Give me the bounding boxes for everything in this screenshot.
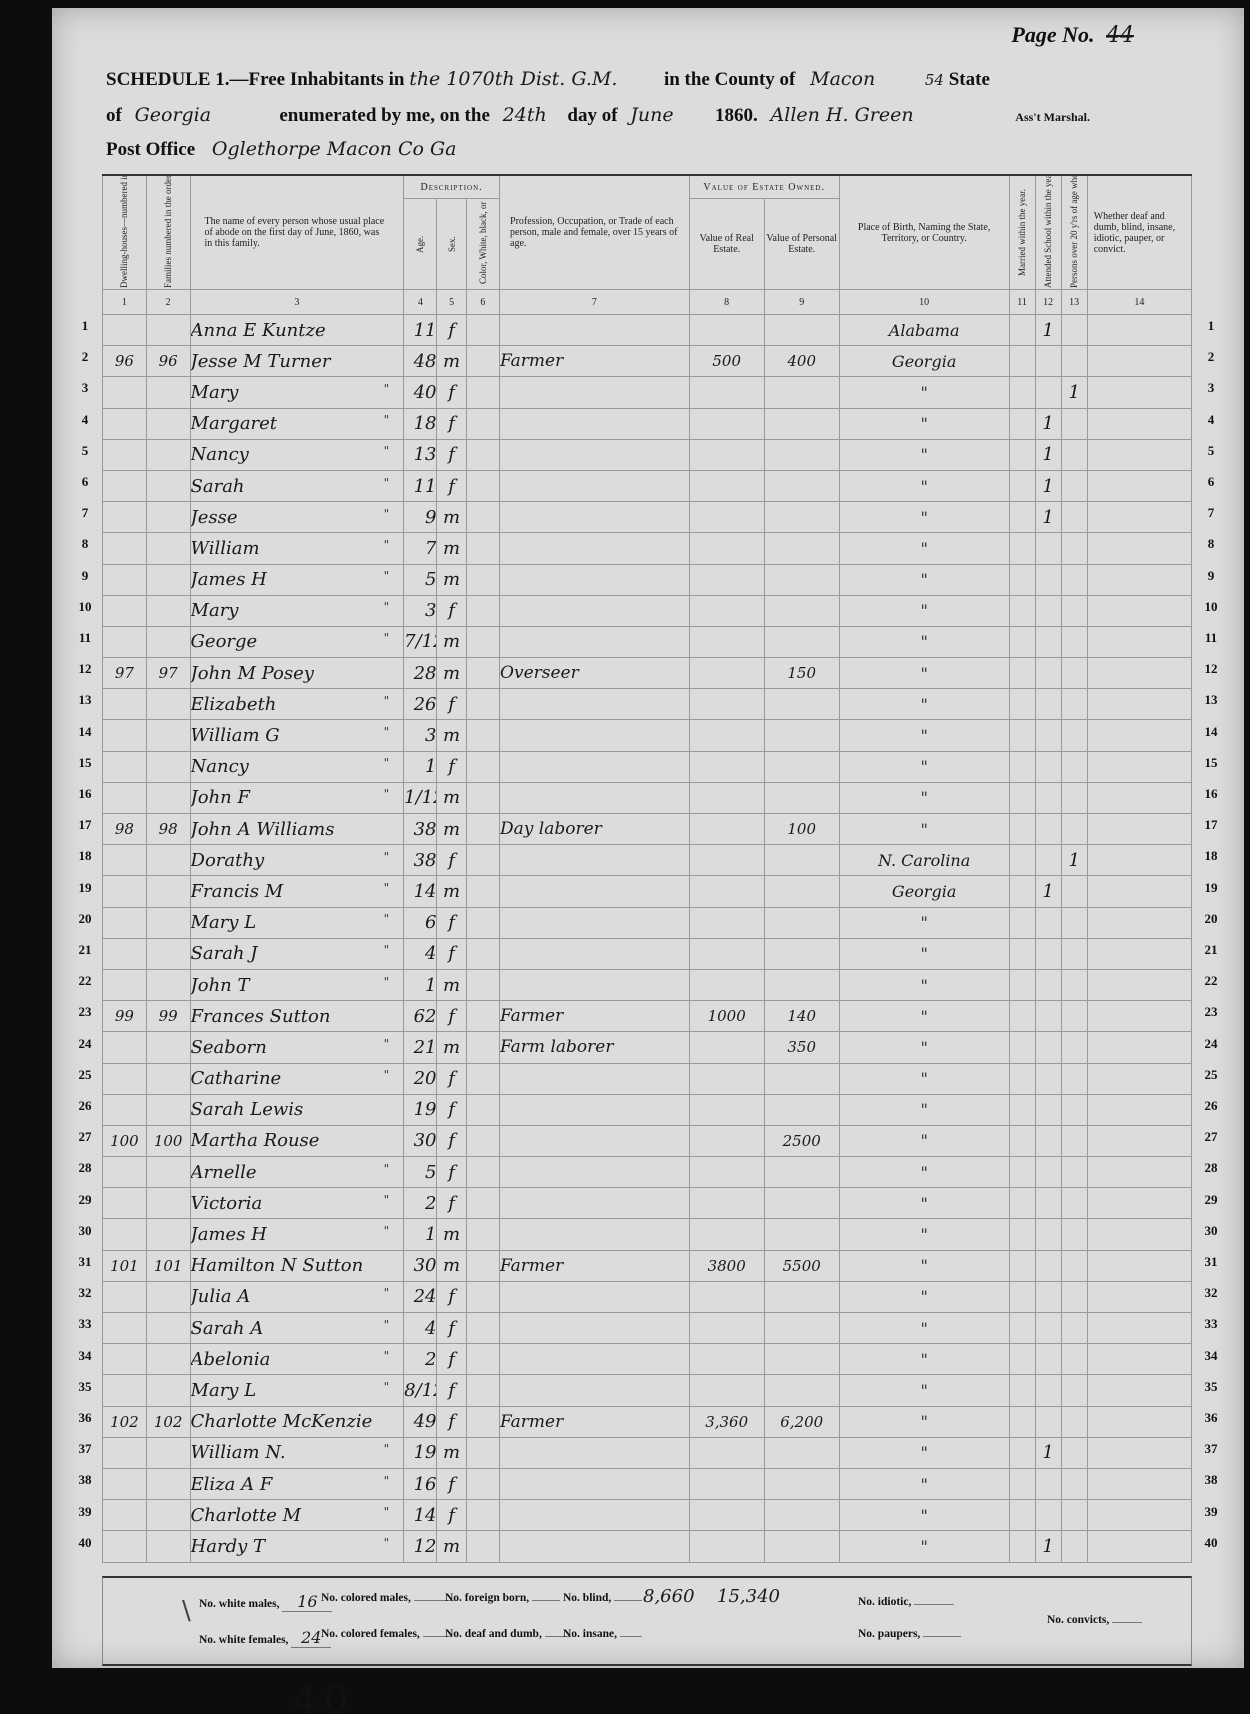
- person-name: John F": [190, 782, 404, 813]
- age-cell: 3: [404, 720, 437, 751]
- family-number: [146, 938, 190, 969]
- table-row: Mary L"6f": [103, 907, 1192, 938]
- personal-estate-cell: [764, 782, 839, 813]
- table-row: William"7m": [103, 533, 1192, 564]
- person-name: Charlotte McKenzie: [190, 1406, 404, 1437]
- birthplace-cell: ": [839, 720, 1009, 751]
- surname-ditto-mark: ": [384, 444, 390, 458]
- personal-estate-total: 15,340: [717, 1586, 780, 1607]
- color-cell: [466, 1500, 499, 1531]
- col-age-header: Age.: [415, 204, 425, 284]
- dwelling-number: [103, 1375, 147, 1406]
- line-number: 38: [72, 1472, 98, 1488]
- illiterate-mark: [1061, 1125, 1087, 1156]
- personal-estate-cell: [764, 1344, 839, 1375]
- table-row: Victoria"2f": [103, 1188, 1192, 1219]
- married-mark: [1009, 315, 1035, 346]
- age-cell: 4: [404, 938, 437, 969]
- condition-cell: [1087, 689, 1191, 720]
- illiterate-mark: [1061, 502, 1087, 533]
- illiterate-mark: [1061, 1001, 1087, 1032]
- married-mark: [1009, 689, 1035, 720]
- birthplace-cell: ": [839, 938, 1009, 969]
- color-cell: [466, 814, 499, 845]
- school-mark: [1035, 1063, 1061, 1094]
- age-cell: 1: [404, 751, 437, 782]
- family-number: [146, 1344, 190, 1375]
- dwelling-number: [103, 1500, 147, 1531]
- condition-cell: [1087, 377, 1191, 408]
- person-name-text: William G: [191, 725, 280, 746]
- family-number: [146, 315, 190, 346]
- dwelling-number: [103, 595, 147, 626]
- line-number: 23: [1198, 1004, 1224, 1020]
- married-mark: [1009, 658, 1035, 689]
- table-row: Charlotte M"14f": [103, 1500, 1192, 1531]
- col-number: 5: [437, 290, 466, 315]
- line-number: 1: [1198, 318, 1224, 334]
- county-mark: 54: [925, 71, 944, 89]
- person-name-text: Mary L: [191, 1380, 257, 1401]
- color-cell: [466, 658, 499, 689]
- birthplace-cell: ": [839, 658, 1009, 689]
- estate-header: Value of Estate Owned.: [689, 175, 839, 199]
- sex-cell: m: [437, 658, 466, 689]
- line-number: 5: [1198, 443, 1224, 459]
- family-number: 102: [146, 1406, 190, 1437]
- school-mark: [1035, 969, 1061, 1000]
- line-number: 16: [1198, 786, 1224, 802]
- person-name-text: Sarah: [191, 476, 245, 497]
- table-row: Margaret"18f"1: [103, 408, 1192, 439]
- line-number: 35: [1198, 1379, 1224, 1395]
- line-number: 21: [1198, 942, 1224, 958]
- color-cell: [466, 1375, 499, 1406]
- occupation-cell: [500, 751, 690, 782]
- surname-ditto-mark: ": [384, 1380, 390, 1394]
- white-males-label: No. white males,: [199, 1598, 280, 1610]
- color-cell: [466, 1157, 499, 1188]
- real-estate-cell: [689, 502, 764, 533]
- illiterate-mark: [1061, 1094, 1087, 1125]
- dwelling-number: [103, 938, 147, 969]
- occupation-cell: Farmer: [500, 1001, 690, 1032]
- person-name: Sarah A": [190, 1313, 404, 1344]
- personal-estate-cell: [764, 1157, 839, 1188]
- condition-cell: [1087, 814, 1191, 845]
- age-cell: 6: [404, 907, 437, 938]
- sex-cell: f: [437, 1001, 466, 1032]
- age-cell: 2: [404, 1344, 437, 1375]
- occupation-cell: [500, 439, 690, 470]
- table-row: Mary"3f": [103, 595, 1192, 626]
- birthplace-cell: Georgia: [839, 346, 1009, 377]
- family-number: [146, 1437, 190, 1468]
- personal-estate-cell: [764, 315, 839, 346]
- person-name: Sarah": [190, 470, 404, 501]
- personal-estate-cell: [764, 377, 839, 408]
- personal-estate-cell: 6,200: [764, 1406, 839, 1437]
- schedule-label: SCHEDULE 1.—Free Inhabitants in: [106, 69, 404, 90]
- person-name: Mary": [190, 595, 404, 626]
- condition-cell: [1087, 720, 1191, 751]
- person-name: John M Posey: [190, 658, 404, 689]
- table-row: Hardy T"12m"1: [103, 1531, 1192, 1562]
- married-mark: [1009, 1094, 1035, 1125]
- real-estate-cell: 1000: [689, 1001, 764, 1032]
- table-row: George"7/12m": [103, 626, 1192, 657]
- illiterate-mark: [1061, 1313, 1087, 1344]
- dwelling-number: [103, 751, 147, 782]
- birthplace-cell: ": [839, 1531, 1009, 1562]
- real-estate-cell: [689, 377, 764, 408]
- occupation-cell: [500, 1375, 690, 1406]
- sex-cell: f: [437, 1281, 466, 1312]
- month-value: June: [630, 104, 710, 126]
- birthplace-cell: Georgia: [839, 876, 1009, 907]
- illiterate-mark: [1061, 1437, 1087, 1468]
- school-mark: [1035, 751, 1061, 782]
- person-name-text: Elizabeth: [191, 694, 277, 715]
- surname-ditto-mark: ": [384, 881, 390, 895]
- state-label: State: [949, 69, 990, 90]
- occupation-cell: [500, 1468, 690, 1499]
- age-cell: 62: [404, 1001, 437, 1032]
- condition-cell: [1087, 845, 1191, 876]
- school-mark: [1035, 377, 1061, 408]
- condition-cell: [1087, 564, 1191, 595]
- age-cell: 12: [404, 1531, 437, 1562]
- occupation-cell: Farmer: [500, 1250, 690, 1281]
- sex-cell: m: [437, 533, 466, 564]
- real-estate-cell: [689, 814, 764, 845]
- occupation-cell: [500, 595, 690, 626]
- married-mark: [1009, 502, 1035, 533]
- personal-estate-cell: [764, 1219, 839, 1250]
- color-cell: [466, 1219, 499, 1250]
- color-cell: [466, 876, 499, 907]
- person-name: Margaret": [190, 408, 404, 439]
- occupation-cell: Overseer: [500, 658, 690, 689]
- line-number: 3: [1198, 380, 1224, 396]
- enumerated-label: enumerated by me, on the: [279, 105, 490, 126]
- occupation-cell: [500, 1188, 690, 1219]
- line-number: 20: [1198, 911, 1224, 927]
- age-cell: 28: [404, 658, 437, 689]
- condition-cell: [1087, 907, 1191, 938]
- married-mark: [1009, 1001, 1035, 1032]
- condition-cell: [1087, 1468, 1191, 1499]
- surname-ditto-mark: ": [384, 1224, 390, 1238]
- married-mark: [1009, 346, 1035, 377]
- col-number: 11: [1009, 290, 1035, 315]
- sex-cell: f: [437, 1375, 466, 1406]
- person-name: William G": [190, 720, 404, 751]
- line-number: 34: [72, 1348, 98, 1364]
- census-table: Dwelling-houses—numbered in the order of…: [102, 174, 1192, 1563]
- line-number: 31: [1198, 1254, 1224, 1270]
- surname-ditto-mark: ": [384, 1536, 390, 1550]
- col-number: 12: [1035, 290, 1061, 315]
- married-mark: [1009, 938, 1035, 969]
- school-mark: [1035, 1344, 1061, 1375]
- illiterate-mark: [1061, 346, 1087, 377]
- line-number: 27: [72, 1129, 98, 1145]
- condition-cell: [1087, 938, 1191, 969]
- line-number: 10: [72, 599, 98, 615]
- personal-estate-cell: [764, 470, 839, 501]
- line-number: 16: [72, 786, 98, 802]
- illiterate-mark: [1061, 1468, 1087, 1499]
- family-number: [146, 1157, 190, 1188]
- person-name: Abelonia": [190, 1344, 404, 1375]
- line-number: 38: [1198, 1472, 1224, 1488]
- col-number: 7: [500, 290, 690, 315]
- sex-cell: f: [437, 377, 466, 408]
- school-mark: [1035, 1500, 1061, 1531]
- school-mark: 1: [1035, 315, 1061, 346]
- idiotic-total: No. idiotic,: [858, 1596, 954, 1608]
- person-name: Hamilton N Sutton: [190, 1250, 404, 1281]
- personal-estate-cell: 150: [764, 658, 839, 689]
- dwelling-number: [103, 845, 147, 876]
- person-name: Frances Sutton: [190, 1001, 404, 1032]
- occupation-cell: [500, 1500, 690, 1531]
- surname-ditto-mark: ": [384, 1162, 390, 1176]
- col-number: 1: [103, 290, 147, 315]
- line-number: 37: [1198, 1441, 1224, 1457]
- real-estate-total: 8,660: [643, 1586, 695, 1607]
- day-value: 24th: [503, 104, 563, 126]
- real-estate-cell: [689, 938, 764, 969]
- dwelling-number: [103, 969, 147, 1000]
- color-cell: [466, 533, 499, 564]
- surname-ditto-mark: ": [384, 1505, 390, 1519]
- family-number: 101: [146, 1250, 190, 1281]
- color-cell: [466, 1125, 499, 1156]
- line-number: 17: [1198, 817, 1224, 833]
- real-estate-cell: [689, 1281, 764, 1312]
- birthplace-cell: ": [839, 1375, 1009, 1406]
- sex-cell: f: [437, 1125, 466, 1156]
- family-number: [146, 720, 190, 751]
- person-name-text: John T: [191, 975, 250, 996]
- table-row: Francis M"14mGeorgia1: [103, 876, 1192, 907]
- dwelling-number: 96: [103, 346, 147, 377]
- age-cell: 18: [404, 408, 437, 439]
- person-name: John T": [190, 969, 404, 1000]
- color-cell: [466, 751, 499, 782]
- table-row: Jesse"9m"1: [103, 502, 1192, 533]
- person-name: Julia A": [190, 1281, 404, 1312]
- person-name: Hardy T": [190, 1531, 404, 1562]
- line-number: 2: [72, 349, 98, 365]
- table-row: Mary L"8/12f": [103, 1375, 1192, 1406]
- surname-ditto-mark: ": [384, 569, 390, 583]
- occupation-cell: [500, 938, 690, 969]
- table-row: Sarah Lewis19f": [103, 1094, 1192, 1125]
- dwelling-number: [103, 1188, 147, 1219]
- person-name: Victoria": [190, 1188, 404, 1219]
- real-estate-cell: [689, 720, 764, 751]
- real-estate-cell: [689, 907, 764, 938]
- age-cell: 2: [404, 1188, 437, 1219]
- color-cell: [466, 907, 499, 938]
- person-name-text: John M Posey: [191, 663, 314, 684]
- sex-cell: f: [437, 845, 466, 876]
- table-row: John T"1m": [103, 969, 1192, 1000]
- occupation-cell: [500, 1157, 690, 1188]
- line-number: 8: [1198, 536, 1224, 552]
- real-estate-cell: [689, 689, 764, 720]
- deaf-dumb-label: No. deaf and dumb,: [445, 1628, 542, 1640]
- dwelling-number: 99: [103, 1001, 147, 1032]
- occupation-cell: Day laborer: [500, 814, 690, 845]
- illiterate-mark: [1061, 439, 1087, 470]
- condition-cell: [1087, 315, 1191, 346]
- paupers-total: No. paupers,: [858, 1628, 961, 1640]
- occupation-cell: Farmer: [500, 1406, 690, 1437]
- school-mark: 1: [1035, 470, 1061, 501]
- person-name: Francis M": [190, 876, 404, 907]
- real-estate-cell: [689, 1344, 764, 1375]
- post-office-value: Oglethorpe Macon Co Ga: [212, 138, 457, 160]
- table-row: Sarah A"4f": [103, 1313, 1192, 1344]
- birthplace-cell: ": [839, 439, 1009, 470]
- family-number: [146, 1188, 190, 1219]
- dwelling-number: [103, 1531, 147, 1562]
- age-cell: 19: [404, 1094, 437, 1125]
- married-mark: [1009, 1250, 1035, 1281]
- age-cell: 1: [404, 1219, 437, 1250]
- school-mark: [1035, 1094, 1061, 1125]
- real-estate-cell: [689, 533, 764, 564]
- birthplace-cell: ": [839, 1281, 1009, 1312]
- person-name: Catharine": [190, 1063, 404, 1094]
- col-birthplace-header: Place of Birth, Naming the State, Territ…: [839, 175, 1009, 290]
- line-number: 22: [1198, 973, 1224, 989]
- married-mark: [1009, 969, 1035, 1000]
- sex-cell: f: [437, 1188, 466, 1219]
- line-number: 28: [72, 1160, 98, 1176]
- line-number: 29: [72, 1192, 98, 1208]
- person-name-text: John A Williams: [191, 819, 335, 840]
- married-mark: [1009, 1468, 1035, 1499]
- family-number: [146, 1281, 190, 1312]
- col-married-header: Married within the year.: [1017, 178, 1027, 288]
- person-name-text: Anna E Kuntze: [191, 320, 326, 341]
- sex-cell: m: [437, 1531, 466, 1562]
- person-name-text: James H: [191, 569, 267, 590]
- dwelling-number: [103, 1468, 147, 1499]
- table-row: Arnelle"5f": [103, 1157, 1192, 1188]
- real-estate-cell: [689, 595, 764, 626]
- condition-cell: [1087, 1281, 1191, 1312]
- personal-estate-cell: 400: [764, 346, 839, 377]
- col-sex-header: Sex.: [447, 204, 457, 284]
- illiterate-mark: [1061, 626, 1087, 657]
- person-name: John A Williams: [190, 814, 404, 845]
- line-number: 33: [72, 1316, 98, 1332]
- birthplace-cell: ": [839, 1219, 1009, 1250]
- color-cell: [466, 720, 499, 751]
- line-number: 25: [72, 1067, 98, 1083]
- sex-cell: f: [437, 408, 466, 439]
- surname-ditto-mark: ": [384, 1286, 390, 1300]
- personal-estate-cell: [764, 845, 839, 876]
- condition-cell: [1087, 1188, 1191, 1219]
- county-value: Macon: [810, 68, 920, 90]
- line-number: 32: [1198, 1285, 1224, 1301]
- married-mark: [1009, 814, 1035, 845]
- col-color-header: Color, White, black, or mulatto.: [478, 204, 488, 284]
- col-number: 9: [764, 290, 839, 315]
- line-number: 36: [1198, 1410, 1224, 1426]
- real-estate-cell: [689, 1468, 764, 1499]
- family-number: [146, 1313, 190, 1344]
- occupation-cell: [500, 782, 690, 813]
- colored-males-label: No. colored males,: [321, 1592, 411, 1604]
- married-mark: [1009, 564, 1035, 595]
- line-number: 39: [1198, 1504, 1224, 1520]
- line-number: 18: [72, 848, 98, 864]
- line-number: 11: [1198, 630, 1224, 646]
- col-illiterate-header: Persons over 20 y'rs of age who cannot r…: [1069, 178, 1079, 288]
- surname-ditto-mark: ": [384, 1193, 390, 1207]
- married-mark: [1009, 1157, 1035, 1188]
- birthplace-cell: ": [839, 1094, 1009, 1125]
- line-number: 6: [72, 474, 98, 490]
- line-number: 23: [72, 1004, 98, 1020]
- person-name-text: Margaret: [191, 413, 278, 434]
- birthplace-cell: ": [839, 782, 1009, 813]
- person-name: Nancy": [190, 439, 404, 470]
- personal-estate-cell: [764, 564, 839, 595]
- condition-cell: [1087, 1344, 1191, 1375]
- condition-cell: [1087, 1375, 1191, 1406]
- line-number: 8: [72, 536, 98, 552]
- birthplace-cell: ": [839, 751, 1009, 782]
- line-number: 17: [72, 817, 98, 833]
- married-mark: [1009, 1032, 1035, 1063]
- condition-cell: [1087, 1001, 1191, 1032]
- col-condition-header: Whether deaf and dumb, blind, insane, id…: [1087, 175, 1191, 290]
- line-number: 40: [72, 1535, 98, 1551]
- table-row: 9898John A Williams38mDay laborer100": [103, 814, 1192, 845]
- personal-estate-cell: [764, 1375, 839, 1406]
- occupation-cell: [500, 907, 690, 938]
- birthplace-cell: ": [839, 1344, 1009, 1375]
- person-name-text: Francis M: [191, 881, 284, 902]
- personal-estate-cell: [764, 689, 839, 720]
- line-number: 7: [1198, 505, 1224, 521]
- school-mark: [1035, 346, 1061, 377]
- color-cell: [466, 1032, 499, 1063]
- person-name-text: Charlotte M: [191, 1505, 302, 1526]
- married-mark: [1009, 1406, 1035, 1437]
- line-number: 21: [72, 942, 98, 958]
- white-females-label: No. white females,: [199, 1634, 288, 1646]
- insane-total: No. insane,: [563, 1628, 642, 1640]
- occupation-cell: [500, 1094, 690, 1125]
- personal-estate-cell: [764, 408, 839, 439]
- person-name: Martha Rouse: [190, 1125, 404, 1156]
- col-number: 4: [404, 290, 437, 315]
- school-mark: [1035, 626, 1061, 657]
- birthplace-cell: ": [839, 1250, 1009, 1281]
- sex-cell: m: [437, 720, 466, 751]
- col-real-estate-header: Value of Real Estate.: [689, 199, 764, 290]
